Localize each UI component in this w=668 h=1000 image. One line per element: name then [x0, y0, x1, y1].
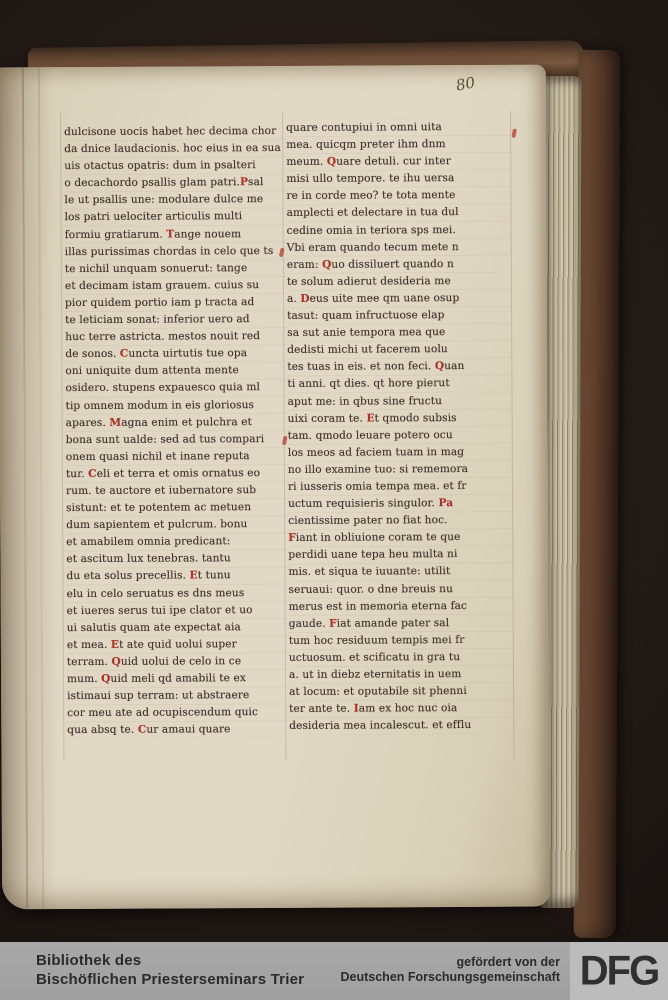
manuscript-line: qua absq te. Cur amaui quare [67, 721, 291, 739]
rubric-initial: F [329, 617, 337, 629]
text-segment: eus uite mee qm uane osup [310, 292, 460, 305]
manuscript-photo: 80 dulcisone uocis habet hec decima chor… [0, 0, 668, 1000]
manuscript-line: elu in celo seruatus es dns meus [67, 584, 291, 602]
text-segment: onem quasi nichil et inane reputa [66, 450, 250, 463]
manuscript-line: cor meu ate ad ocupiscendum quic [67, 704, 291, 722]
manuscript-line: le ut psallis une: modulare dulce me [64, 191, 288, 209]
manuscript-line: dedisti michi ut facerem uolu [287, 341, 511, 359]
manuscript-line: re in corde meo? te tota mente [286, 187, 510, 205]
text-segment: no illo examine tuo: si rememora [288, 463, 468, 476]
rubric-initial: Q [327, 156, 336, 168]
text-segment: tum hoc residuum tempis mei fr [289, 634, 465, 647]
text-segment: a. ut in diebz eternitatis in uem [289, 668, 461, 681]
rubric-initial: Pa [438, 497, 453, 509]
manuscript-line: tam. qmodo leuare potero ocu [288, 426, 512, 444]
text-segment: merus est in memoria eterna fac [289, 600, 467, 613]
text-segment: t ate quid uolui super [119, 638, 237, 651]
text-segment: seruaui: quor. o dne breuis nu [289, 583, 453, 596]
manuscript-line: perdidi uane tepa heu multa ni [288, 546, 512, 564]
text-segment: apares. [66, 416, 110, 428]
manuscript-line: et amabilem omnia predicant: [66, 533, 290, 551]
text-segment: sistunt: et te potentem ac metuen [66, 501, 251, 514]
text-segment: oni uniquite dum attenta mente [65, 364, 238, 377]
manuscript-line: te solum adierut desideria me [287, 273, 511, 291]
rubric-initial: M [109, 416, 121, 428]
text-segment: dedisti michi ut facerem uolu [287, 343, 448, 356]
manuscript-line: desideria mea incalescut. et efflu [289, 717, 513, 735]
text-segment: t qmodo subsis [375, 412, 457, 424]
text-segment: uctuosum. et scificatu in gra tu [289, 651, 460, 664]
funding-credit: gefördert von der Deutschen Forschungsge… [341, 955, 561, 985]
text-segment: et decimam istam grauem. cuius su [65, 279, 259, 292]
text-segment: at locum: et oputabile sit phenni [289, 685, 467, 698]
text-segment: tur. [66, 468, 88, 480]
manuscript-line: a. ut in diebz eternitatis in uem [289, 666, 513, 684]
text-segment: ri iusseris omia tempa mea. et fr [288, 480, 467, 493]
text-segment: ter ante te. [289, 703, 354, 715]
manuscript-line: tum hoc residuum tempis mei fr [289, 632, 513, 650]
text-segment: pior quidem portio iam p tracta ad [65, 296, 254, 309]
text-segment: sal [248, 176, 264, 188]
rubric-initial: C [120, 348, 129, 360]
manuscript-line: et decimam istam grauem. cuius su [65, 277, 289, 295]
text-segment: et iueres serus tui ipe clator et uo [67, 604, 253, 617]
text-segment: terram. [67, 656, 112, 668]
text-segment: de sonos. [65, 348, 120, 360]
text-segment: rum. te auctore et iubernatore sub [66, 484, 256, 497]
rubric-initial: Q [322, 258, 331, 270]
manuscript-line: seruaui: quor. o dne breuis nu [288, 580, 512, 598]
text-segment: le ut psallis une: modulare dulce me [64, 193, 263, 206]
text-segment: te nichil unquam sonuerut: tange [65, 262, 248, 275]
manuscript-line: los meos ad faciem tuam in mag [288, 444, 512, 462]
manuscript-line: huc terre astricta. mestos nouit red [65, 328, 289, 346]
text-segment: elu in celo seruatus es dns meus [67, 587, 245, 600]
manuscript-line: sa sut anie tempora mea que [287, 324, 511, 342]
manuscript-line: amplecti et delectare in tua dul [287, 204, 511, 222]
manuscript-line: dum sapientem et pulcrum. bonu [66, 516, 290, 534]
manuscript-line: et iueres serus tui ipe clator et uo [67, 602, 291, 620]
text-segment: eli et terra et omis ornatus eo [97, 467, 260, 480]
manuscript-line: uixi coram te. Et qmodo subsis [288, 409, 512, 427]
text-segment: mea. quicqm preter ihm dnm [286, 138, 445, 151]
text-segment: a. [287, 293, 300, 305]
manuscript-line: ter ante te. Iam ex hoc nuc oia [289, 700, 513, 718]
manuscript-line: oni uniquite dum attenta mente [65, 362, 289, 380]
manuscript-line: formiu gratiarum. Tange nouem [65, 225, 289, 243]
text-segment: ti anni. qt dies. qt hore pierut [287, 377, 449, 390]
manuscript-line: ti anni. qt dies. qt hore pierut [287, 375, 511, 393]
text-segment: meum. [286, 156, 327, 168]
manuscript-line: at locum: et oputabile sit phenni [289, 683, 513, 701]
text-segment: illas purissimas chordas in celo que ts [65, 245, 274, 258]
manuscript-line: tip omnem modum in eis gloriosus [66, 396, 290, 414]
funding-credit-line1: gefördert von der [341, 955, 561, 970]
manuscript-line: uctuosum. et scificatu in gra tu [289, 649, 513, 667]
manuscript-page: 80 dulcisone uocis habet hec decima chor… [0, 65, 550, 910]
text-segment: cor meu ate ad ocupiscendum quic [67, 706, 258, 719]
text-segment: o decachordo psallis glam patri. [64, 176, 240, 189]
manuscript-line: osidero. stupens expauesco quia ml [65, 379, 289, 397]
text-segment: t tunu [198, 570, 231, 582]
manuscript-line: cedine omia in teriora sps mei. [287, 221, 511, 239]
text-segment: istimaui sup terram: ut abstraere [67, 689, 249, 702]
rubric-initial: P [240, 176, 248, 188]
manuscript-line: bona sunt ualde: sed ad tus compari [66, 431, 290, 449]
rubric-initial: C [138, 724, 147, 736]
text-segment: dum sapientem et pulcrum. bonu [66, 518, 247, 531]
text-segment: uis otactus opatris: dum in psalteri [64, 159, 255, 172]
text-segment: te leticiam sonat: inferior uero ad [65, 313, 250, 326]
margin-mark [511, 128, 517, 138]
rubric-initial: C [88, 468, 97, 480]
text-segment: uo dissiluert quando n [331, 258, 454, 271]
manuscript-line: mea. quicqm preter ihm dnm [286, 136, 510, 154]
text-segment: dulcisone uocis habet hec decima chor [64, 125, 276, 138]
text-segment: huc terre astricta. mestos nouit red [65, 330, 260, 343]
text-segment: gaude. [289, 617, 329, 629]
text-segment: tes tuas in eis. et non feci. [287, 360, 435, 373]
manuscript-line: de sonos. Cuncta uirtutis tue opa [65, 345, 289, 363]
text-segment: uixi coram te. [288, 412, 367, 424]
manuscript-line: tes tuas in eis. et non feci. Quan [287, 358, 511, 376]
text-segment: agna enim et pulchra et [121, 416, 252, 429]
text-segment: ui salutis quam ate expectat aia [67, 621, 241, 634]
funding-credit-line2: Deutschen Forschungsgemeinschaft [341, 970, 561, 985]
text-segment: amplecti et delectare in tua dul [287, 206, 459, 219]
text-segment: re in corde meo? te tota mente [286, 189, 455, 202]
rubric-initial: D [300, 293, 309, 305]
manuscript-line: apares. Magna enim et pulchra et [66, 414, 290, 432]
manuscript-line: aput me: in qbus sine fructu [288, 392, 512, 410]
text-segment: uid meli qd amabili te ex [110, 672, 245, 685]
text-segment: tip omnem modum in eis gloriosus [66, 399, 255, 412]
dfg-logo: DFG [570, 942, 668, 1000]
manuscript-line: terram. Quid uolui de celo in ce [67, 653, 291, 671]
text-segment: am ex hoc nuc oia [359, 702, 458, 715]
text-segment: perdidi uane tepa heu multa ni [288, 548, 457, 561]
manuscript-line: quare contupiui in omni uita [286, 119, 510, 137]
manuscript-line: rum. te auctore et iubernatore sub [66, 482, 290, 500]
text-segment: mis. et siqua te iuuante: utilit [288, 566, 450, 579]
manuscript-line: sistunt: et te potentem ac metuen [66, 499, 290, 517]
manuscript-line: mum. Quid meli qd amabili te ex [67, 670, 291, 688]
manuscript-line: da dnice laudacionis. hoc eius in ea sua [64, 140, 288, 158]
text-segment: et ascitum lux tenebras. tantu [66, 553, 231, 566]
text-segment: du eta solus precellis. [66, 570, 189, 583]
rubric-initial: E [366, 412, 374, 424]
text-segment: te solum adierut desideria me [287, 275, 451, 288]
manuscript-line: uis otactus opatris: dum in psalteri [64, 157, 288, 175]
dfg-logo-text: DFG [580, 948, 658, 995]
text-segment: ange nouem [174, 228, 241, 240]
text-segment: tam. qmodo leuare potero ocu [288, 429, 453, 442]
manuscript-line: et mea. Et ate quid uolui super [67, 636, 291, 654]
library-name-line2: Bischöflichen Priesterseminars Trier [36, 970, 304, 989]
text-segment: eram: [287, 258, 322, 270]
manuscript-line: eram: Quo dissiluert quando n [287, 256, 511, 274]
text-segment: los meos ad faciem tuam in mag [288, 446, 464, 459]
manuscript-line: ri iusseris omia tempa mea. et fr [288, 478, 512, 496]
text-segment: bona sunt ualde: sed ad tus compari [66, 433, 265, 446]
gutter-shadow [0, 67, 58, 909]
manuscript-line: et ascitum lux tenebras. tantu [66, 550, 290, 568]
text-segment: uan [444, 360, 464, 372]
text-segment: cedine omia in teriora sps mei. [287, 224, 456, 237]
text-segment: uid uolui de celo in ce [121, 655, 241, 668]
manuscript-line: meum. Quare detuli. cur inter [286, 153, 510, 171]
rubric-initial: Q [101, 673, 110, 685]
manuscript-line: tur. Celi et terra et omis ornatus eo [66, 465, 290, 483]
rubric-initial: F [288, 532, 296, 544]
manuscript-line: cientissime pater no fiat hoc. [288, 512, 512, 530]
manuscript-line: dulcisone uocis habet hec decima chor [64, 123, 288, 141]
text-segment: uctum requisieris singulor. [288, 497, 438, 510]
text-segment: ur amaui quare [146, 724, 230, 736]
manuscript-line: Vbi eram quando tecum mete n [287, 238, 511, 256]
manuscript-line: gaude. Fiat amande pater sal [289, 614, 513, 632]
manuscript-line: misi ullo tempore. te ihu uersa [286, 170, 510, 188]
text-segment: formiu gratiarum. [65, 228, 167, 241]
text-segment: misi ullo tempore. te ihu uersa [286, 172, 454, 185]
text-segment: mum. [67, 673, 101, 685]
text-column-right: quare contupiui in omni uitamea. quicqm … [286, 119, 513, 736]
manuscript-line: a. Deus uite mee qm uane osup [287, 290, 511, 308]
manuscript-line: uctum requisieris singulor. Pa [288, 495, 512, 513]
manuscript-line: istimaui sup terram: ut abstraere [67, 687, 291, 705]
text-segment: da dnice laudacionis. hoc eius in ea sua [64, 142, 281, 155]
folio-number: 80 [454, 73, 476, 94]
manuscript-line: los patri uelociter articulis multi [65, 208, 289, 226]
text-segment: qua absq te. [67, 724, 138, 736]
text-segment: et amabilem omnia predicant: [66, 535, 230, 548]
text-segment: quare contupiui in omni uita [286, 121, 442, 134]
text-segment: et mea. [67, 639, 111, 651]
manuscript-line: te nichil unquam sonuerut: tange [65, 260, 289, 278]
manuscript-line: mis. et siqua te iuuante: utilit [288, 563, 512, 581]
manuscript-line: pior quidem portio iam p tracta ad [65, 294, 289, 312]
text-segment: los patri uelociter articulis multi [65, 211, 243, 224]
manuscript-line: ui salutis quam ate expectat aia [67, 619, 291, 637]
rubric-initial: T [166, 228, 174, 240]
text-segment: uare detuli. cur inter [336, 155, 451, 168]
manuscript-line: no illo examine tuo: si rememora [288, 461, 512, 479]
manuscript-line: onem quasi nichil et inane reputa [66, 448, 290, 466]
text-segment: sa sut anie tempora mea que [287, 326, 445, 339]
manuscript-line: illas purissimas chordas in celo que ts [65, 243, 289, 261]
text-segment: tasut: quam infructuose elap [287, 309, 444, 322]
rubric-initial: Q [435, 360, 444, 372]
rubric-initial: Q [111, 656, 120, 668]
library-name: Bibliothek des Bischöflichen Priestersem… [36, 951, 304, 989]
text-segment: aput me: in qbus sine fructu [288, 395, 443, 408]
text-segment: desideria mea incalescut. et efflu [289, 719, 471, 732]
manuscript-line: te leticiam sonat: inferior uero ad [65, 311, 289, 329]
manuscript-line: du eta solus precellis. Et tunu [66, 567, 290, 585]
text-segment: Vbi eram quando tecum mete n [287, 241, 459, 254]
text-segment: uncta uirtutis tue opa [128, 347, 247, 360]
manuscript-line: merus est in memoria eterna fac [289, 597, 513, 615]
library-name-line1: Bibliothek des [36, 951, 304, 970]
text-segment: iant in obliuione coram te que [296, 531, 461, 544]
manuscript-line: o decachordo psallis glam patri.Psal [64, 174, 288, 192]
text-segment: cientissime pater no fiat hoc. [288, 514, 447, 527]
text-segment: iat amande pater sal [337, 617, 450, 630]
text-segment: osidero. stupens expauesco quia ml [65, 381, 260, 394]
footer-bar: Bibliothek des Bischöflichen Priestersem… [0, 942, 668, 1000]
text-column-left: dulcisone uocis habet hec decima chorda … [64, 123, 291, 740]
manuscript-line: Fiant in obliuione coram te que [288, 529, 512, 547]
manuscript-line: tasut: quam infructuose elap [287, 307, 511, 325]
